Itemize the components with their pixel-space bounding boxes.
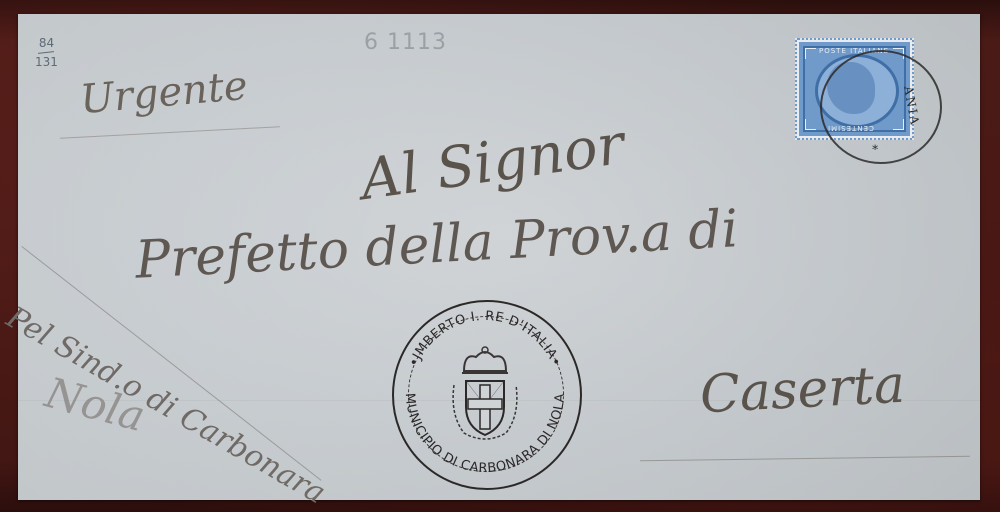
pencil-reference: 6 1113 <box>364 30 447 55</box>
address-city: Caserta <box>699 355 907 426</box>
fraction-bar <box>38 51 54 54</box>
archive-number-bottom: 131 <box>35 55 58 69</box>
postmark-ornament-icon: ∗ <box>871 140 879 154</box>
archive-number-top: 84 <box>39 36 54 50</box>
savoy-cross-shield-with-crown-icon <box>446 345 524 445</box>
stamp-corner-ornament <box>805 119 816 130</box>
stamp-corner-ornament <box>805 48 816 59</box>
archive-number: 84 131 <box>35 36 58 69</box>
postmark-circle <box>820 50 942 164</box>
